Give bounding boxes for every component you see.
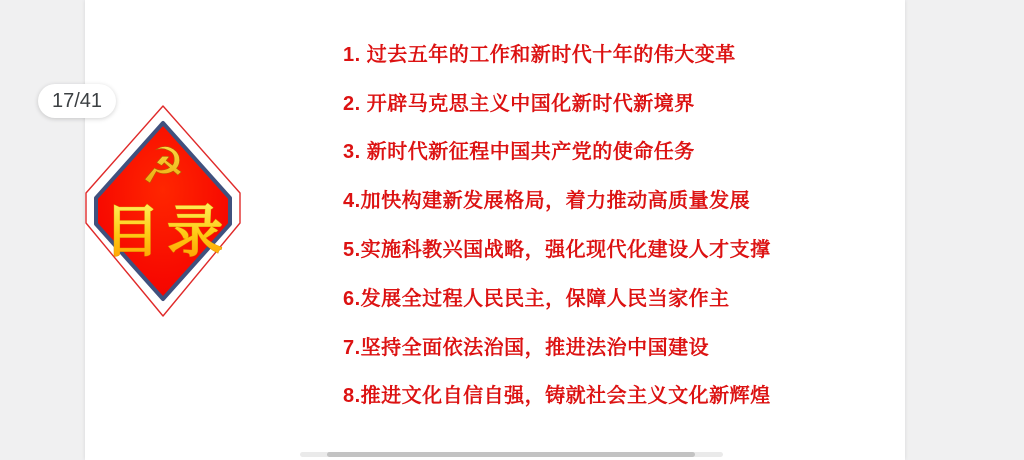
toc-item-8: 8.推进文化自信自强，铸就社会主义文化新辉煌 [343,370,943,419]
toc-item-4: 4.加快构建新发展格局，着力推动高质量发展 [343,174,943,223]
toc-item-5: 5.实施科教兴国战略，强化现代化建设人才支撑 [343,223,943,272]
app-canvas: 1. 过去五年的工作和新时代十年的伟大变革 2. 开辟马克思主义中国化新时代新境… [0,0,1024,460]
badge-title: 目录 [104,200,230,263]
toc-item-3: 3. 新时代新征程中国共产党的使命任务 [343,126,943,175]
page-indicator: 17/41 [38,84,116,118]
horizontal-scrollbar-thumb[interactable] [327,452,695,457]
party-emblem-icon: ☭ [141,137,186,195]
toc-item-6: 6.发展全过程人民民主，保障人民当家作主 [343,272,943,321]
toc-item-7: 7.坚持全面依法治国，推进法治中国建设 [343,321,943,370]
horizontal-scrollbar-track[interactable] [300,452,723,457]
page-indicator-label: 17/41 [52,90,102,113]
toc-item-1: 1. 过去五年的工作和新时代十年的伟大变革 [343,28,943,77]
toc-badge: ☭ 目录 [83,103,243,319]
toc-badge-graphic: ☭ 目录 [83,103,243,319]
toc-list: 1. 过去五年的工作和新时代十年的伟大变革 2. 开辟马克思主义中国化新时代新境… [343,28,943,418]
toc-item-2: 2. 开辟马克思主义中国化新时代新境界 [343,77,943,126]
